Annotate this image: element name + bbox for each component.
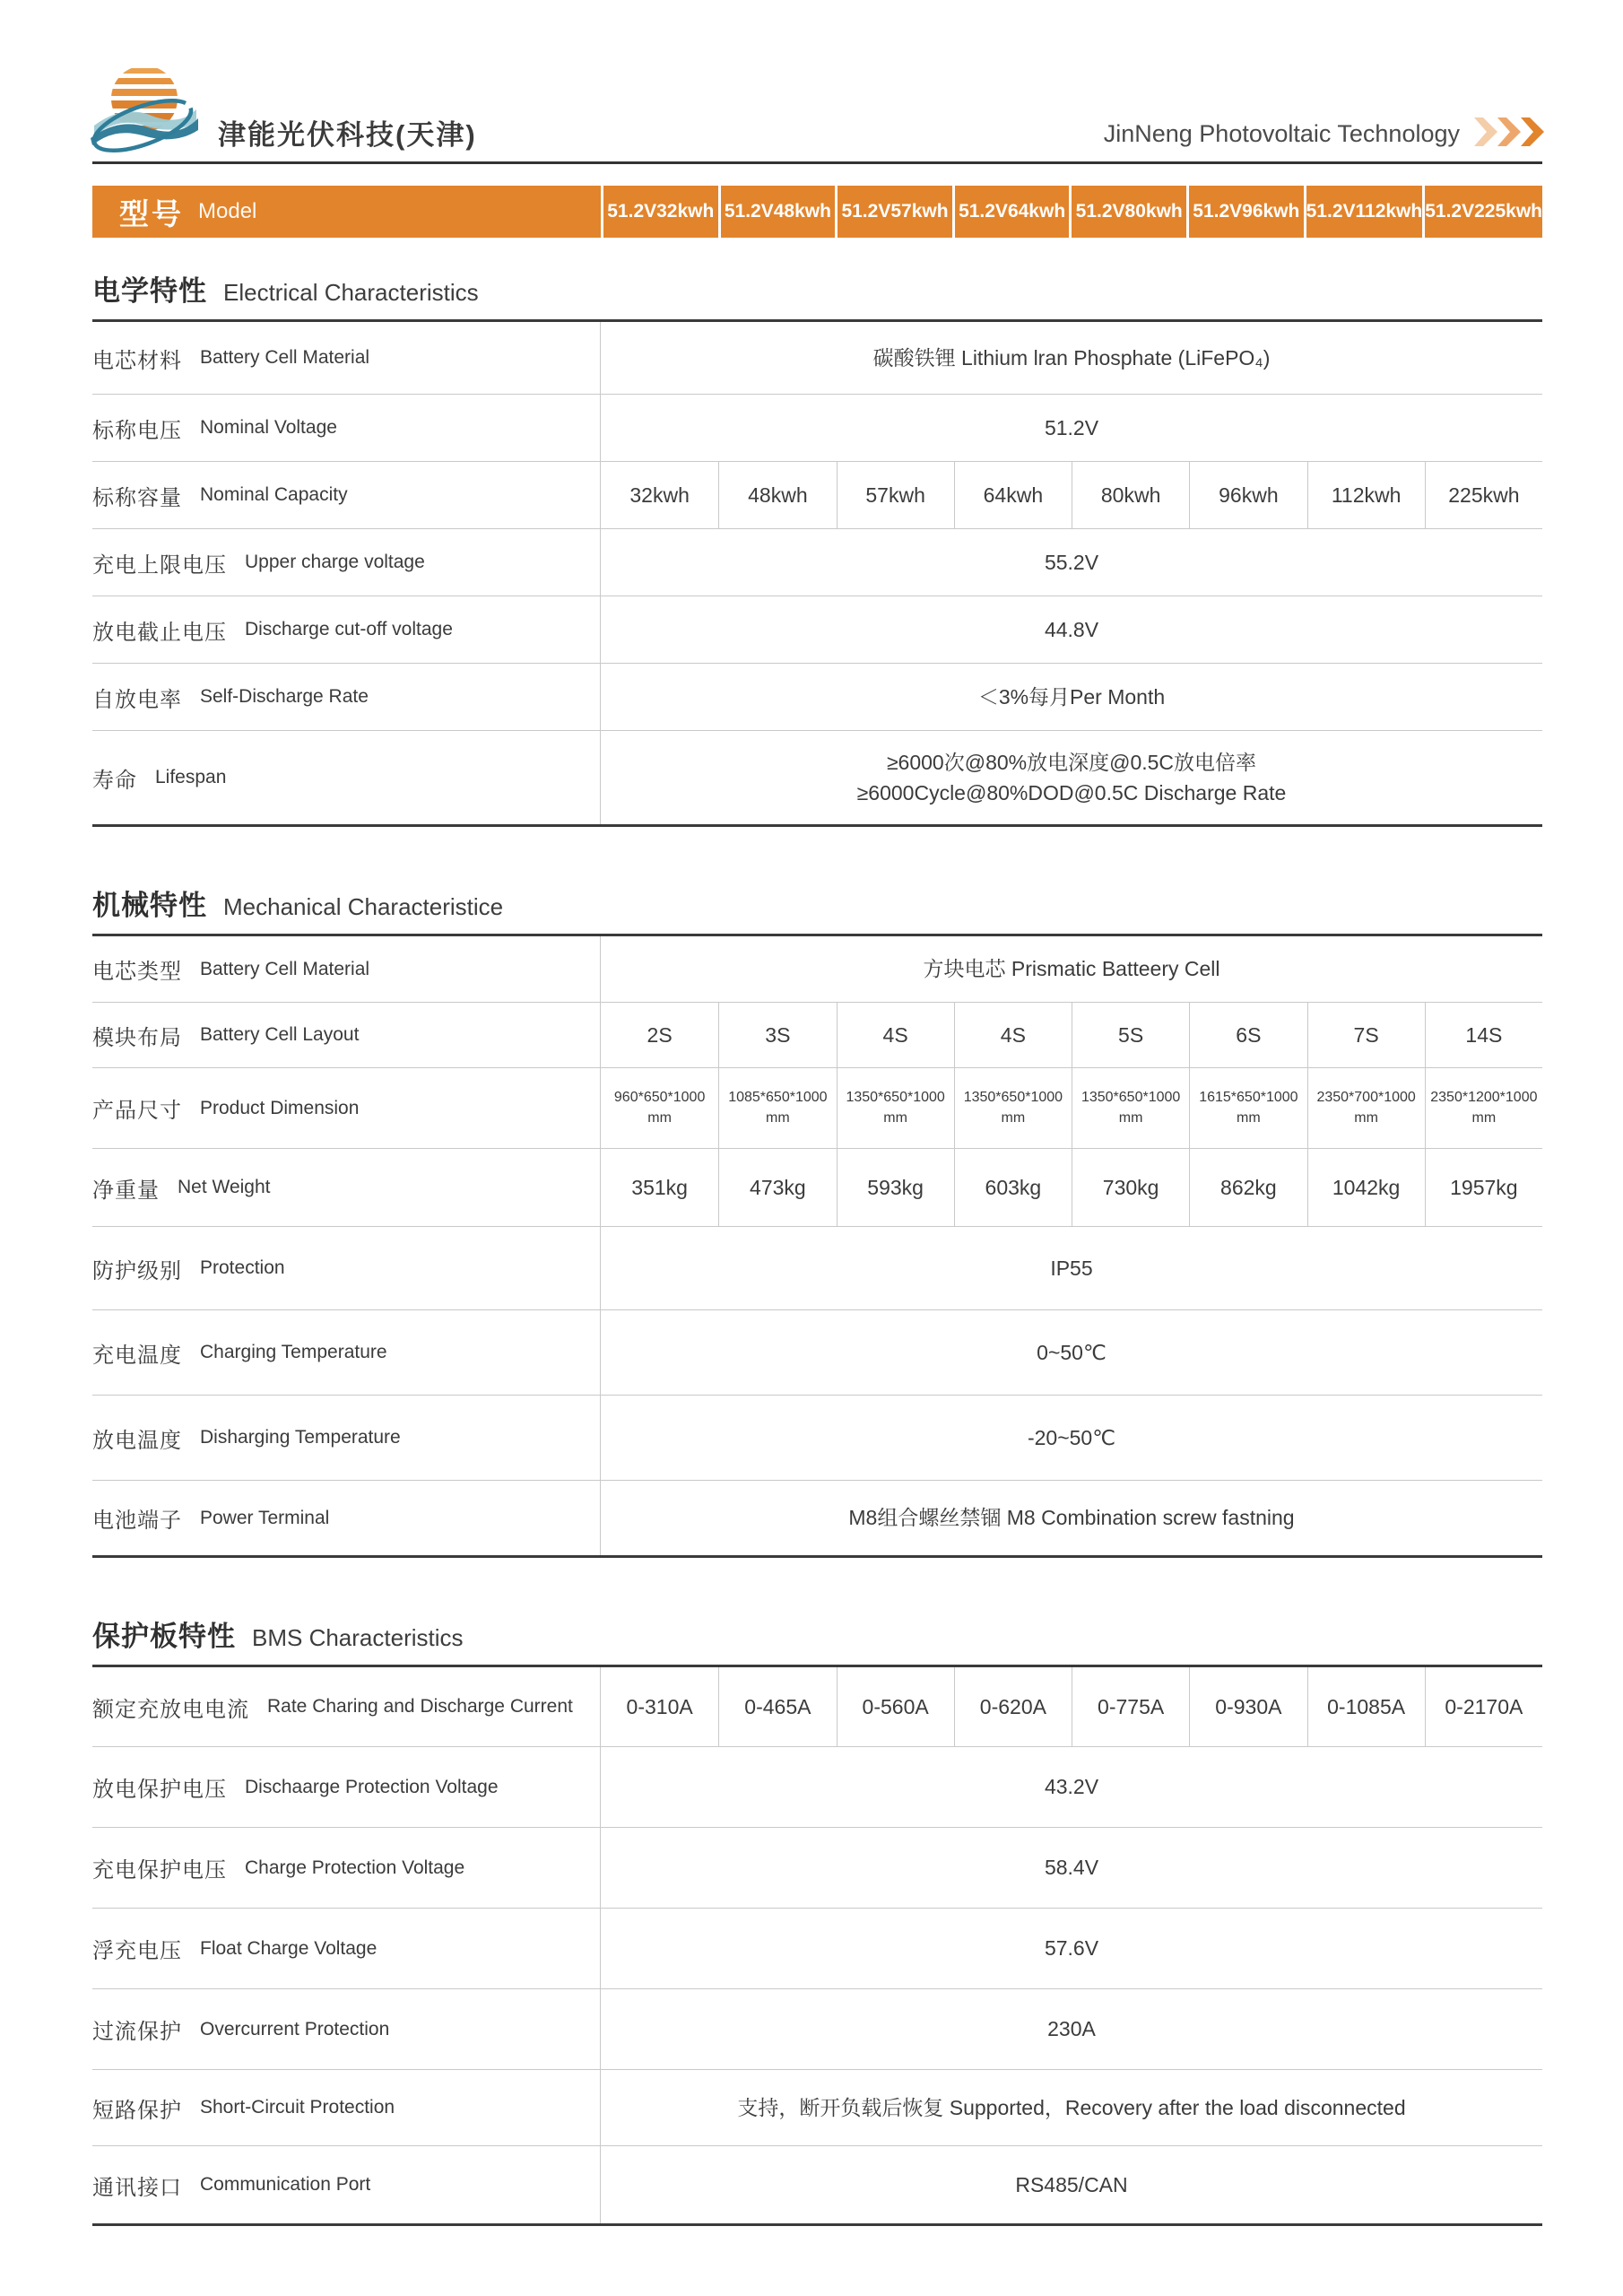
spec-cell: 473kg xyxy=(718,1149,836,1226)
row-label: 产品尺寸Product Dimension xyxy=(92,1068,601,1148)
row-label-en: Discharge cut-off voltage xyxy=(245,619,453,640)
row-value: 55.2V xyxy=(601,529,1542,596)
row-label-en: Float Charge Voltage xyxy=(200,1938,377,1960)
row-label: 短路保护Short-Circuit Protection xyxy=(92,2070,601,2145)
row-cells: 32kwh48kwh57kwh64kwh80kwh96kwh112kwh225k… xyxy=(601,462,1542,528)
spec-cell: 225kwh xyxy=(1425,462,1542,528)
spec-row: 标称容量Nominal Capacity32kwh48kwh57kwh64kwh… xyxy=(92,461,1542,528)
row-label: 净重量Net Weight xyxy=(92,1149,601,1226)
row-label-en: Charging Temperature xyxy=(200,1342,387,1363)
row-label: 充电上限电压Upper charge voltage xyxy=(92,529,601,596)
row-value: RS485/CAN xyxy=(601,2146,1542,2223)
model-cells: 51.2V32kwh51.2V48kwh51.2V57kwh51.2V64kwh… xyxy=(601,186,1542,238)
header-right: JinNeng Photovoltaic Technology xyxy=(1104,117,1548,151)
row-label: 电芯类型Battery Cell Material xyxy=(92,936,601,1002)
section-title: 电学特性Electrical Characteristics xyxy=(92,268,1542,322)
row-label-en: Battery Cell Material xyxy=(200,347,369,369)
row-label-cn: 充电保护电压 xyxy=(92,1852,227,1883)
row-value: 0~50℃ xyxy=(601,1310,1542,1395)
row-label-cn: 自放电率 xyxy=(92,682,182,713)
spec-cell: 862kg xyxy=(1189,1149,1306,1226)
row-label-cn: 放电截止电压 xyxy=(92,614,227,646)
row-label: 充电保护电压Charge Protection Voltage xyxy=(92,1828,601,1908)
row-value: ≥6000次@80%放电深度@0.5C放电倍率 ≥6000Cycle@80%DO… xyxy=(601,731,1542,824)
spec-row: 充电上限电压Upper charge voltage55.2V xyxy=(92,528,1542,596)
spec-row: 电芯材料Battery Cell Material碳酸铁锂 Lithium lr… xyxy=(92,322,1542,394)
spec-cell: 1957kg xyxy=(1425,1149,1542,1226)
spec-table: 电芯类型Battery Cell Material方块电芯 Prismatic … xyxy=(92,936,1542,1558)
row-value: 57.6V xyxy=(601,1909,1542,1988)
section-title-en: Electrical Characteristics xyxy=(223,279,479,307)
spec-cell: 6S xyxy=(1189,1003,1306,1067)
section-title-en: Mechanical Characteristice xyxy=(223,893,503,921)
row-label-en: Disharging Temperature xyxy=(200,1427,401,1448)
row-label: 浮充电压Float Charge Voltage xyxy=(92,1909,601,1988)
spec-cell: 4S xyxy=(837,1003,954,1067)
row-label-en: Net Weight xyxy=(178,1177,271,1198)
spec-cell: 0-560A xyxy=(837,1667,954,1746)
row-label-en: Self-Discharge Rate xyxy=(200,686,369,708)
spec-cell: 57kwh xyxy=(837,462,954,528)
spec-cell: 1615*650*1000 mm xyxy=(1189,1068,1306,1148)
spec-cell: 1085*650*1000 mm xyxy=(718,1068,836,1148)
row-value: ＜3%每月Per Month xyxy=(601,664,1542,730)
company-name-en: JinNeng Photovoltaic Technology xyxy=(1104,120,1460,148)
row-value: 方块电芯 Prismatic Batteery Cell xyxy=(601,936,1542,1002)
spec-cell: 1350*650*1000 mm xyxy=(954,1068,1072,1148)
row-value: 碳酸铁锂 Lithium lran Phosphate (LiFePO₄) xyxy=(601,322,1542,394)
row-label-en: Rate Charing and Discharge Current xyxy=(267,1696,573,1718)
spec-cell: 0-2170A xyxy=(1425,1667,1542,1746)
spec-row: 防护级别ProtectionIP55 xyxy=(92,1226,1542,1309)
row-label-cn: 模块布局 xyxy=(92,1020,182,1051)
model-bar-label: 型号 Model xyxy=(92,186,601,238)
spec-row: 产品尺寸Product Dimension960*650*1000 mm1085… xyxy=(92,1067,1542,1148)
row-label-en: Communication Port xyxy=(200,2174,370,2196)
spec-cell: 593kg xyxy=(837,1149,954,1226)
row-label-en: Nominal Voltage xyxy=(200,417,337,439)
spec-row: 放电温度Disharging Temperature-20~50℃ xyxy=(92,1395,1542,1480)
company-name-cn: 津能光伏科技(天津) xyxy=(218,112,477,152)
section-title: 机械特性Mechanical Characteristice xyxy=(92,883,1542,936)
page: 津能光伏科技(天津) JinNeng Photovoltaic Technolo… xyxy=(92,0,1542,2226)
row-cells: 960*650*1000 mm1085*650*1000 mm1350*650*… xyxy=(601,1068,1542,1148)
spec-row: 标称电压Nominal Voltage51.2V xyxy=(92,394,1542,461)
spec-cell: 0-930A xyxy=(1189,1667,1306,1746)
row-label: 寿命Lifespan xyxy=(92,731,601,824)
spec-cell: 0-775A xyxy=(1072,1667,1189,1746)
spec-cell: 64kwh xyxy=(954,462,1072,528)
spec-row: 额定充放电电流Rate Charing and Discharge Curren… xyxy=(92,1667,1542,1746)
row-cells: 0-310A0-465A0-560A0-620A0-775A0-930A0-10… xyxy=(601,1667,1542,1746)
section-title-cn: 机械特性 xyxy=(92,883,207,923)
spec-cell: 1042kg xyxy=(1307,1149,1425,1226)
spec-row: 浮充电压Float Charge Voltage57.6V xyxy=(92,1908,1542,1988)
model-cell: 51.2V96kwh xyxy=(1186,186,1304,238)
spec-cell: 960*650*1000 mm xyxy=(601,1068,718,1148)
row-label-en: Upper charge voltage xyxy=(245,552,425,573)
spec-cell: 2350*1200*1000 mm xyxy=(1425,1068,1542,1148)
model-cell: 51.2V57kwh xyxy=(835,186,952,238)
row-label: 标称电压Nominal Voltage xyxy=(92,395,601,461)
row-label-en: Nominal Capacity xyxy=(200,484,348,506)
spec-cell: 0-310A xyxy=(601,1667,718,1746)
spec-row: 自放电率Self-Discharge Rate＜3%每月Per Month xyxy=(92,663,1542,730)
model-cell: 51.2V64kwh xyxy=(952,186,1070,238)
row-label: 自放电率Self-Discharge Rate xyxy=(92,664,601,730)
spec-cell: 0-465A xyxy=(718,1667,836,1746)
row-label-cn: 充电上限电压 xyxy=(92,547,227,578)
row-label-en: Battery Cell Layout xyxy=(200,1024,359,1046)
row-label-cn: 短路保护 xyxy=(92,2092,182,2124)
row-label: 放电保护电压Dischaarge Protection Voltage xyxy=(92,1747,601,1827)
spec-section: 电学特性Electrical Characteristics电芯材料Batter… xyxy=(92,268,1542,827)
row-label-en: Product Dimension xyxy=(200,1098,359,1119)
row-label-cn: 电池端子 xyxy=(92,1502,182,1534)
model-cell: 51.2V48kwh xyxy=(718,186,836,238)
row-label-cn: 寿命 xyxy=(92,762,137,794)
row-label-en: Dischaarge Protection Voltage xyxy=(245,1777,499,1798)
row-value: M8组合螺丝禁锢 M8 Combination screw fastning xyxy=(601,1481,1542,1555)
row-label-cn: 额定充放电电流 xyxy=(92,1692,249,1723)
row-label-cn: 通讯接口 xyxy=(92,2170,182,2201)
spec-cell: 3S xyxy=(718,1003,836,1067)
spec-cell: 730kg xyxy=(1072,1149,1189,1226)
row-label-cn: 过流保护 xyxy=(92,2013,182,2045)
spec-cell: 0-620A xyxy=(954,1667,1072,1746)
row-label-cn: 浮充电压 xyxy=(92,1933,182,1964)
row-value: 支持，断开负载后恢复 Supported，Recovery after the … xyxy=(601,2070,1542,2145)
spec-cell: 80kwh xyxy=(1072,462,1189,528)
spec-cell: 14S xyxy=(1425,1003,1542,1067)
model-label-cn: 型号 xyxy=(119,191,184,233)
row-label-cn: 产品尺寸 xyxy=(92,1092,182,1124)
model-cell: 51.2V225kwh xyxy=(1422,186,1542,238)
spec-row: 充电温度Charging Temperature0~50℃ xyxy=(92,1309,1542,1395)
spec-row: 净重量Net Weight351kg473kg593kg603kg730kg86… xyxy=(92,1148,1542,1226)
row-label-en: Protection xyxy=(200,1257,285,1279)
row-label: 防护级别Protection xyxy=(92,1227,601,1309)
row-label: 模块布局Battery Cell Layout xyxy=(92,1003,601,1067)
model-bar: 型号 Model 51.2V32kwh51.2V48kwh51.2V57kwh5… xyxy=(92,186,1542,238)
row-label-en: Power Terminal xyxy=(200,1508,329,1529)
row-value: IP55 xyxy=(601,1227,1542,1309)
spec-cell: 4S xyxy=(954,1003,1072,1067)
row-label-en: Charge Protection Voltage xyxy=(245,1857,464,1879)
row-label-cn: 放电温度 xyxy=(92,1422,182,1454)
spec-row: 放电截止电压Discharge cut-off voltage44.8V xyxy=(92,596,1542,663)
spec-cell: 1350*650*1000 mm xyxy=(1072,1068,1189,1148)
row-value: 51.2V xyxy=(601,395,1542,461)
model-cell: 51.2V112kwh xyxy=(1304,186,1423,238)
row-cells: 2S3S4S4S5S6S7S14S xyxy=(601,1003,1542,1067)
row-label-cn: 充电温度 xyxy=(92,1337,182,1369)
spec-row: 寿命Lifespan≥6000次@80%放电深度@0.5C放电倍率 ≥6000C… xyxy=(92,730,1542,824)
row-label: 通讯接口Communication Port xyxy=(92,2146,601,2223)
row-label-cn: 电芯材料 xyxy=(92,343,182,374)
row-label-cn: 净重量 xyxy=(92,1172,160,1204)
spec-table: 额定充放电电流Rate Charing and Discharge Curren… xyxy=(92,1667,1542,2226)
section-title-cn: 保护板特性 xyxy=(92,1613,236,1654)
row-label-en: Lifespan xyxy=(155,767,226,788)
section-title-cn: 电学特性 xyxy=(92,268,207,309)
row-label: 电芯材料Battery Cell Material xyxy=(92,322,601,394)
spec-cell: 32kwh xyxy=(601,462,718,528)
spec-section: 机械特性Mechanical Characteristice电芯类型Batter… xyxy=(92,883,1542,1558)
row-value: 44.8V xyxy=(601,596,1542,663)
spec-cell: 1350*650*1000 mm xyxy=(837,1068,954,1148)
row-label: 放电温度Disharging Temperature xyxy=(92,1396,601,1480)
spec-row: 通讯接口Communication PortRS485/CAN xyxy=(92,2145,1542,2223)
row-label-cn: 标称容量 xyxy=(92,480,182,511)
spec-cell: 7S xyxy=(1307,1003,1425,1067)
spec-cell: 5S xyxy=(1072,1003,1189,1067)
spec-table: 电芯材料Battery Cell Material碳酸铁锂 Lithium lr… xyxy=(92,322,1542,827)
row-label: 电池端子Power Terminal xyxy=(92,1481,601,1555)
row-label: 放电截止电压Discharge cut-off voltage xyxy=(92,596,601,663)
row-label-en: Battery Cell Material xyxy=(200,959,369,980)
spec-row: 模块布局Battery Cell Layout2S3S4S4S5S6S7S14S xyxy=(92,1002,1542,1067)
row-cells: 351kg473kg593kg603kg730kg862kg1042kg1957… xyxy=(601,1149,1542,1226)
spec-cell: 112kwh xyxy=(1307,462,1425,528)
spec-sections: 电学特性Electrical Characteristics电芯材料Batter… xyxy=(92,268,1542,2226)
spec-cell: 2350*700*1000 mm xyxy=(1307,1068,1425,1148)
spec-cell: 2S xyxy=(601,1003,718,1067)
row-label: 充电温度Charging Temperature xyxy=(92,1310,601,1395)
model-cell: 51.2V32kwh xyxy=(601,186,718,238)
row-value: 43.2V xyxy=(601,1747,1542,1827)
spec-cell: 96kwh xyxy=(1189,462,1306,528)
row-label: 过流保护Overcurrent Protection xyxy=(92,1989,601,2069)
section-title-en: BMS Characteristics xyxy=(252,1624,464,1652)
spec-cell: 48kwh xyxy=(718,462,836,528)
row-label-cn: 标称电压 xyxy=(92,413,182,444)
row-label: 额定充放电电流Rate Charing and Discharge Curren… xyxy=(92,1667,601,1746)
row-label-en: Short-Circuit Protection xyxy=(200,2097,395,2118)
spec-row: 充电保护电压Charge Protection Voltage58.4V xyxy=(92,1827,1542,1908)
section-title: 保护板特性BMS Characteristics xyxy=(92,1613,1542,1667)
row-value: -20~50℃ xyxy=(601,1396,1542,1480)
page-header: 津能光伏科技(天津) JinNeng Photovoltaic Technolo… xyxy=(92,0,1542,164)
row-value: 58.4V xyxy=(601,1828,1542,1908)
spec-section: 保护板特性BMS Characteristics额定充放电电流Rate Char… xyxy=(92,1613,1542,2226)
row-label-en: Overcurrent Protection xyxy=(200,2019,389,2040)
triple-chevron-icon xyxy=(1474,117,1548,151)
spec-row: 电池端子Power TerminalM8组合螺丝禁锢 M8 Combinatio… xyxy=(92,1480,1542,1555)
model-label-en: Model xyxy=(198,199,256,224)
spec-row: 短路保护Short-Circuit Protection支持，断开负载后恢复 S… xyxy=(92,2069,1542,2145)
spec-cell: 351kg xyxy=(601,1149,718,1226)
row-label: 标称容量Nominal Capacity xyxy=(92,462,601,528)
spec-cell: 0-1085A xyxy=(1307,1667,1425,1746)
row-label-cn: 电芯类型 xyxy=(92,953,182,985)
row-value: 230A xyxy=(601,1989,1542,2069)
spec-row: 过流保护Overcurrent Protection230A xyxy=(92,1988,1542,2069)
spec-row: 放电保护电压Dischaarge Protection Voltage43.2V xyxy=(92,1746,1542,1827)
row-label-cn: 放电保护电压 xyxy=(92,1771,227,1803)
model-cell: 51.2V80kwh xyxy=(1069,186,1186,238)
spec-cell: 603kg xyxy=(954,1149,1072,1226)
spec-row: 电芯类型Battery Cell Material方块电芯 Prismatic … xyxy=(92,936,1542,1002)
company-logo-icon xyxy=(87,59,202,161)
row-label-cn: 防护级别 xyxy=(92,1253,182,1284)
